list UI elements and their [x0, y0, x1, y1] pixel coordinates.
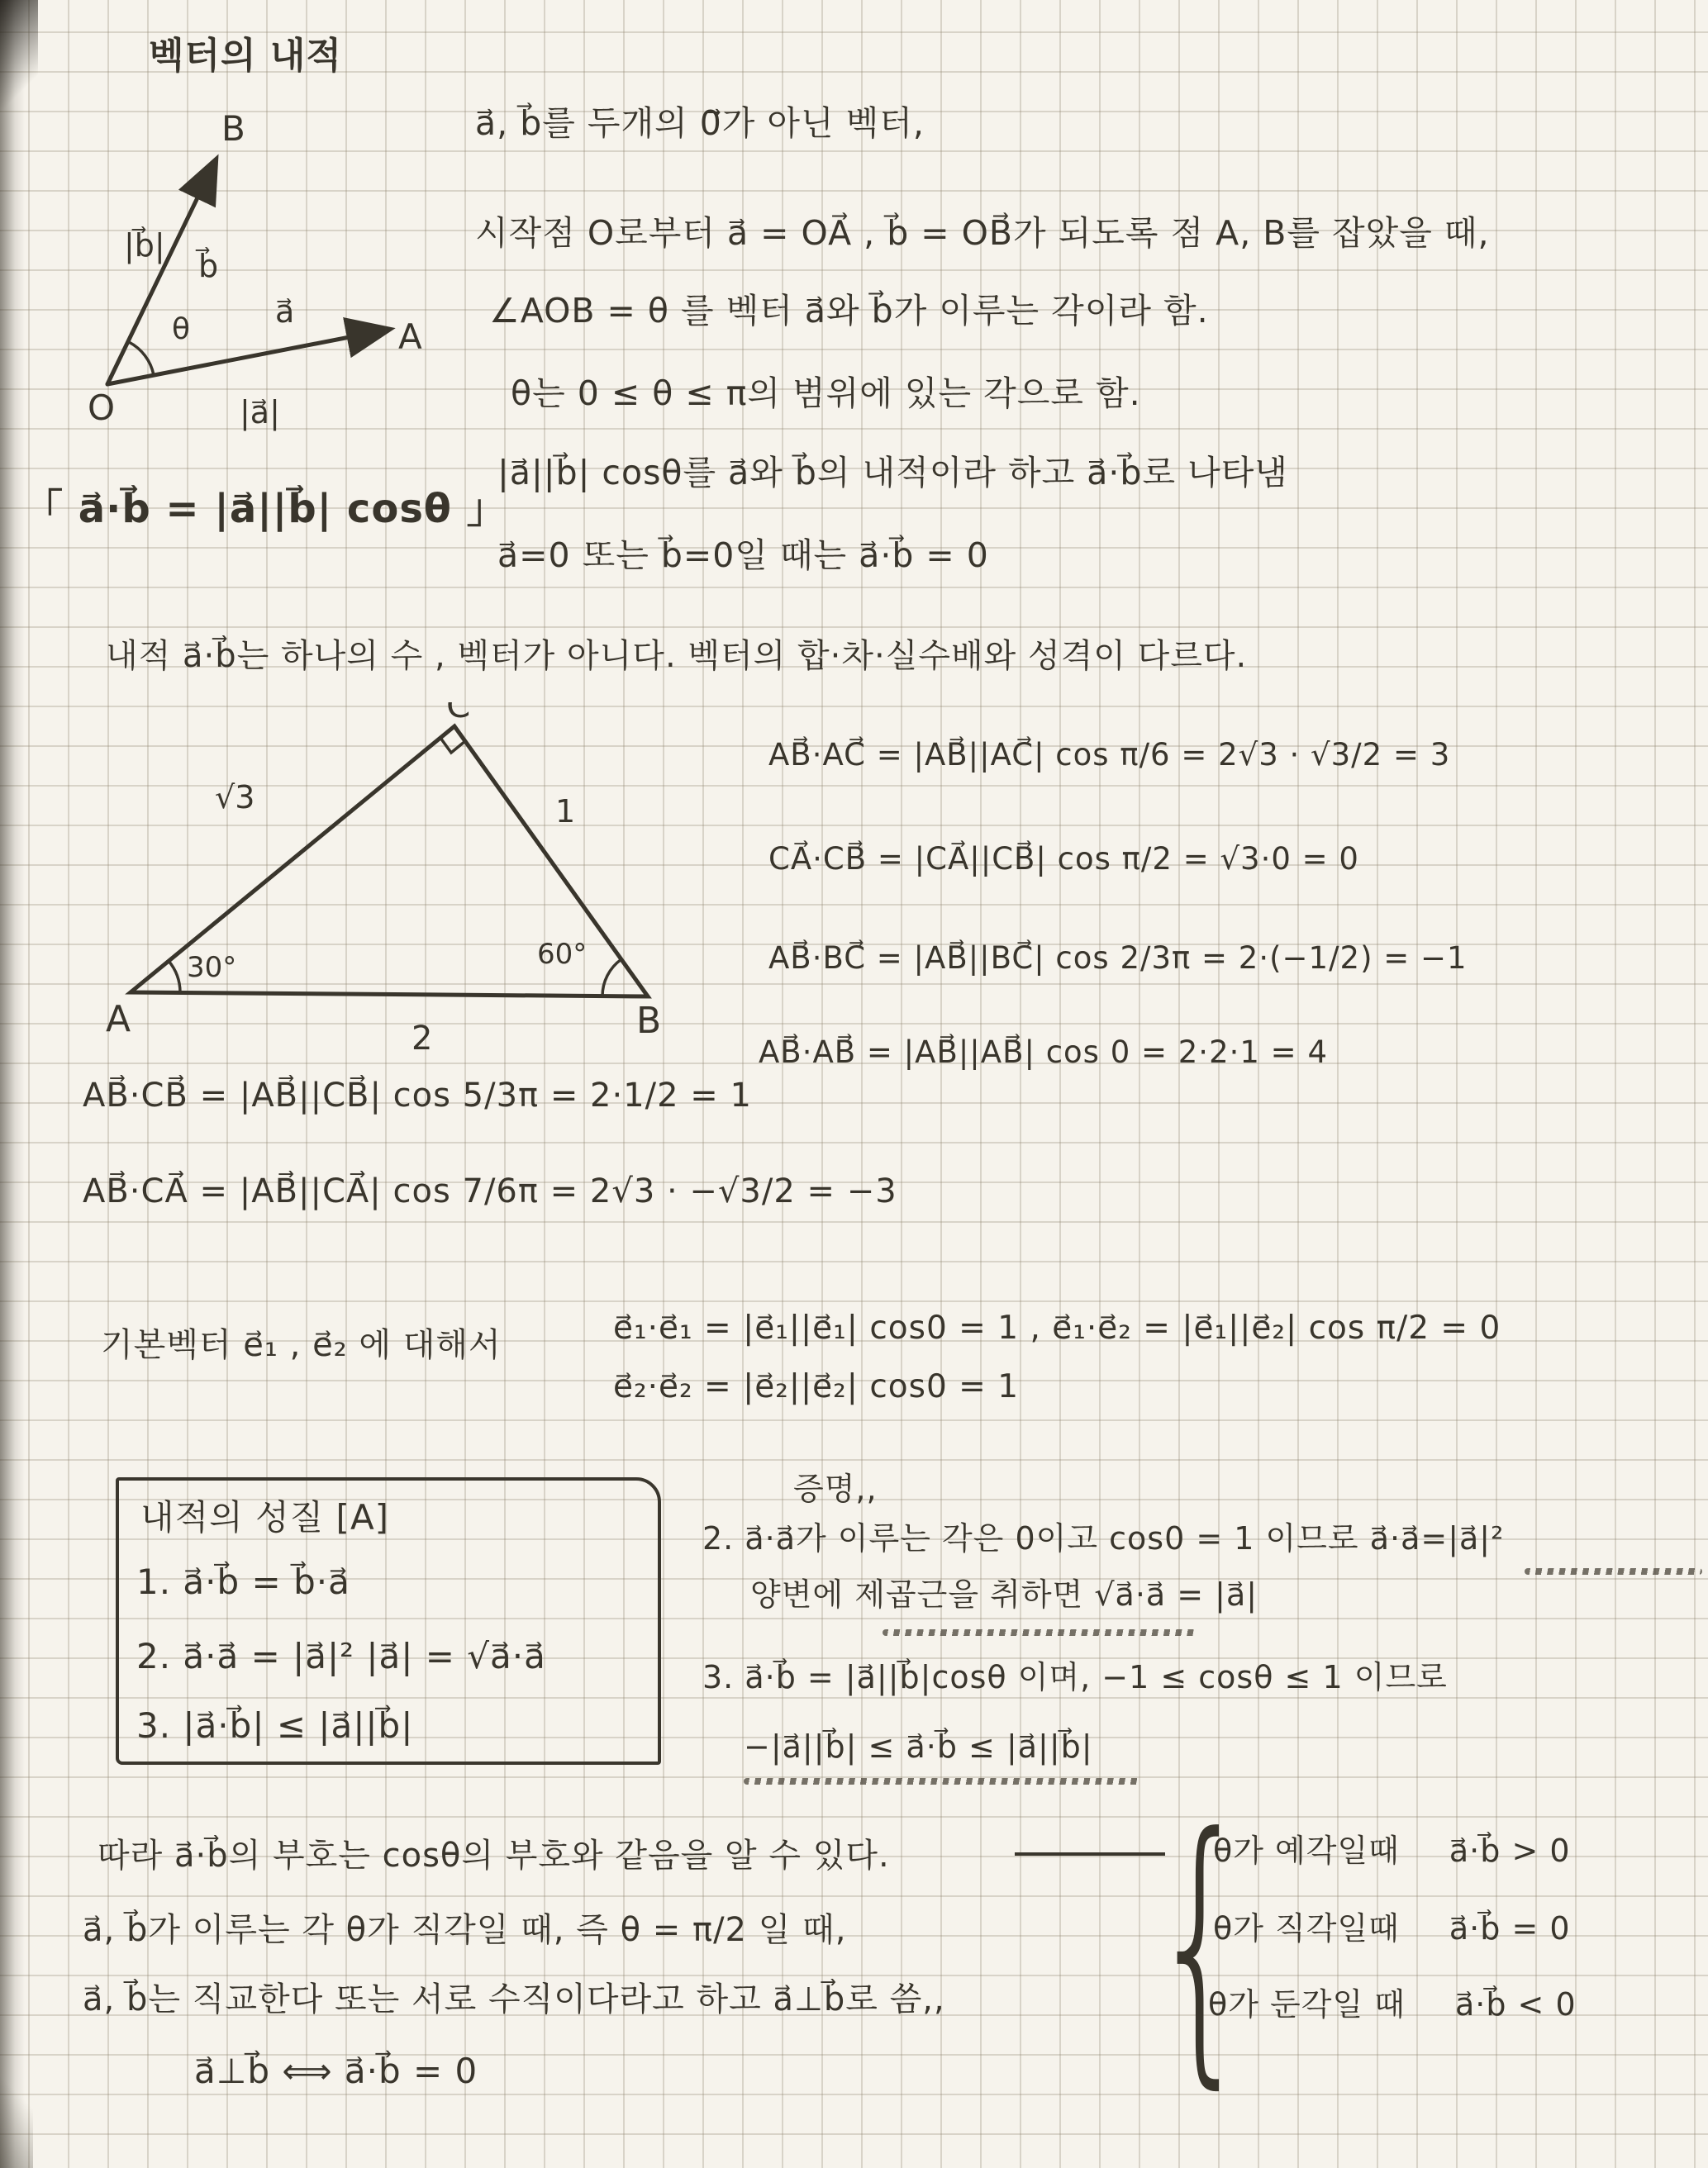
label-A: A: [106, 998, 131, 1040]
triangle-equation: AB⃗·AC⃗ = |AB⃗||AC⃗| cos π/6 = 2√3 · √3/…: [768, 737, 1450, 773]
property-item: 1. a⃗·b⃗ = b⃗·a⃗: [136, 1562, 350, 1603]
properties-box-title: 내적의 성질 [A]: [140, 1497, 389, 1538]
perpendicular-equivalence: a⃗⊥b⃗ ⟺ a⃗·b⃗ = 0: [194, 2051, 478, 2092]
sign-case-condition: θ가 둔각일 때: [1208, 1986, 1406, 2024]
label-b-vector: b⃗: [196, 247, 218, 284]
label-angle-B: 60°: [537, 938, 587, 971]
label-angle-A: 30°: [187, 951, 236, 984]
basis-intro: 기본벡터 e⃗₁ , e⃗₂ 에 대해서: [101, 1325, 502, 1365]
intro-line: a⃗, b⃗를 두개의 0⃗가 아닌 벡터,: [475, 103, 925, 144]
label-side-right: 1: [555, 793, 575, 830]
sign-case-result: a⃗·b⃗ = 0: [1449, 1910, 1571, 1948]
label-a-magnitude: |a⃗|: [240, 394, 280, 431]
intro-line: 시작점 O로부터 a⃗ = OA⃗ , b⃗ = OB⃗가 되도록 점 A, B…: [475, 213, 1490, 254]
vector-angle-diagram: B |b⃗| b⃗ θ a⃗ A O |a⃗|: [74, 107, 463, 438]
intro-line: ∠AOB = θ 를 벡터 a⃗와 b⃗가 이루는 각이라 함.: [489, 291, 1209, 331]
wavy-underline: [744, 1778, 1140, 1785]
vector-a-arrow: [107, 330, 383, 384]
intro-line: θ는 0 ≤ θ ≤ π의 범위에 있는 각으로 함.: [511, 373, 1141, 414]
proof-line: −|a⃗||b⃗| ≤ a⃗·b⃗ ≤ |a⃗||b⃗|: [744, 1728, 1093, 1766]
right-angle-mark: [440, 738, 465, 753]
proof-line: 3. a⃗·b⃗ = |a⃗||b⃗|cosθ 이며, −1 ≤ cosθ ≤ …: [702, 1659, 1448, 1697]
page-title: 벡터의 내적: [149, 35, 342, 78]
label-C: C: [446, 702, 470, 725]
basis-equation: e⃗₁·e⃗₁ = |e⃗₁||e⃗₁| cos0 = 1 , e⃗₁·e⃗₂ …: [613, 1310, 1501, 1348]
basis-equation: e⃗₂·e⃗₂ = |e⃗₂||e⃗₂| cos0 = 1: [613, 1368, 1019, 1407]
triangle-equation: AB⃗·AB⃗ = |AB⃗||AB⃗| cos 0 = 2·2·1 = 4: [759, 1034, 1328, 1071]
intro-line: a⃗=0 또는 b⃗=0일 때는 a⃗·b⃗ = 0: [497, 535, 989, 576]
sign-case-row: θ가 직각일때 a⃗·b⃗ = 0: [1213, 1910, 1571, 1948]
label-B: B: [636, 1000, 661, 1042]
property-item: 2. a⃗·a⃗ = |a⃗|² |a⃗| = √a⃗·a⃗: [136, 1636, 546, 1677]
sign-case-row: θ가 예각일때 a⃗·b⃗ > 0: [1213, 1833, 1571, 1871]
vector-b-arrow: [107, 165, 213, 384]
proof-title: 증명,,: [793, 1471, 878, 1509]
sign-case-condition: θ가 직각일때: [1213, 1910, 1400, 1948]
angle-arc-A: [169, 961, 180, 992]
triangle-diagram: C √3 1 30° 60° A B 2: [99, 702, 702, 1066]
proof-line: 양변에 제곱근을 취하면 √a⃗·a⃗ = |a⃗|: [750, 1576, 1258, 1614]
sign-case-condition: θ가 예각일때: [1213, 1833, 1400, 1871]
label-theta: θ: [172, 312, 190, 346]
label-side-bottom: 2: [412, 1020, 432, 1058]
wavy-underline: [883, 1629, 1197, 1636]
page-corner-shadow-bottom: [0, 2069, 33, 2168]
triangle-equation: CA⃗·CB⃗ = |CA⃗||CB⃗| cos π/2 = √3·0 = 0: [768, 841, 1359, 877]
triangle-equation: AB⃗·CA⃗ = |AB⃗||CA⃗| cos 7/6π = 2√3 · −√…: [83, 1172, 897, 1211]
sign-case-row: θ가 둔각일 때 a⃗·b⃗ < 0: [1208, 1986, 1577, 2024]
conclusion-line: a⃗, b⃗는 직교한다 또는 서로 수직이다라고 하고 a⃗⊥b⃗로 씀,,: [83, 1980, 945, 2019]
label-a-vector: a⃗: [275, 293, 294, 330]
label-O: O: [88, 387, 115, 428]
dot-product-formula: 「 a⃗·b⃗ = |a⃗||b⃗| cosθ 」: [23, 486, 507, 534]
page-edge-shadow: [0, 0, 25, 2168]
wavy-underline: [1525, 1568, 1702, 1575]
triangle-equation: AB⃗·CB⃗ = |AB⃗||CB⃗| cos 5/3π = 2·1/2 = …: [83, 1076, 752, 1115]
label-side-left: √3: [215, 779, 255, 815]
notebook-page: 벡터의 내적 B |b⃗| b⃗ θ a⃗ A O |a⃗| a⃗, b⃗를 두…: [0, 0, 1708, 2168]
label-A: A: [398, 316, 422, 357]
theta-arc: [129, 342, 154, 375]
conclusion-line: a⃗, b⃗가 이루는 각 θ가 직각일 때, 즉 θ = π/2 일 때,: [83, 1910, 846, 1950]
sign-case-result: a⃗·b⃗ > 0: [1449, 1833, 1571, 1871]
scalar-note-line: 내적 a⃗·b⃗는 하나의 수 , 벡터가 아니다. 벡터의 합·차·실수배와 …: [106, 636, 1247, 676]
page-corner-shadow-top: [0, 0, 38, 124]
triangle-equation: AB⃗·BC⃗ = |AB⃗||BC⃗| cos 2/3π = 2·(−1/2)…: [768, 940, 1468, 977]
label-B: B: [221, 108, 245, 149]
property-item: 3. |a⃗·b⃗| ≤ |a⃗||b⃗|: [136, 1705, 413, 1747]
proof-line: 2. a⃗·a⃗가 이루는 각은 0이고 cos0 = 1 이므로 a⃗·a⃗=…: [702, 1520, 1504, 1558]
intro-line: |a⃗||b⃗| cosθ를 a⃗와 b⃗의 내적이라 하고 a⃗·b⃗로 나타…: [497, 453, 1288, 493]
sign-case-result: a⃗·b⃗ < 0: [1455, 1986, 1577, 2024]
connector-line: [1015, 1852, 1165, 1856]
conclusion-line: 따라 a⃗·b⃗의 부호는 cosθ의 부호와 같음을 알 수 있다.: [98, 1836, 890, 1876]
label-b-magnitude: |b⃗|: [124, 226, 165, 264]
angle-arc-B: [602, 959, 621, 996]
